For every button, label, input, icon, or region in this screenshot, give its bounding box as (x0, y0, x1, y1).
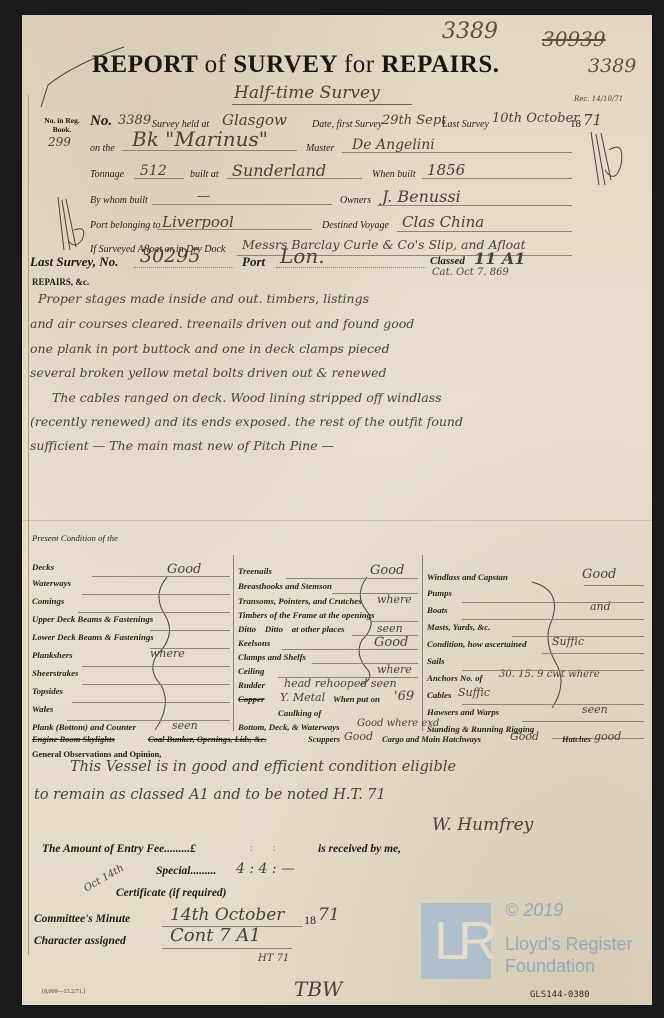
built-at-label: built at (190, 169, 219, 180)
destined-voyage-value: Clas China (402, 213, 484, 231)
reg-book-value: 299 (48, 135, 71, 149)
condition-heading: Present Condition of the (32, 533, 118, 543)
pumps-label: Pumps (427, 588, 452, 598)
ditto-label: Ditto Ditto at other places (238, 624, 345, 634)
keelsons-label: Keelsons (238, 638, 270, 648)
repair-line: (recently renewed) and its ends exposed.… (30, 410, 463, 435)
on-the-label: on the (90, 143, 115, 154)
upper-deck-beams-label: Upper Deck Beams & Fastenings (32, 614, 153, 624)
owners-value: J. Benussi (382, 187, 461, 206)
when-put-on-label: When put on (333, 694, 380, 704)
repairs-label: REPAIRS, &c. (32, 277, 89, 287)
cables-value: Suffic (458, 686, 490, 699)
no-value: 3389 (118, 113, 151, 128)
classed-label: Classed (430, 255, 465, 267)
repair-line: and air courses cleared. treenails drive… (30, 312, 414, 337)
cables-label: Cables (427, 690, 451, 700)
committee-initials: TBW (294, 977, 343, 1001)
committee-year-suffix: 71 (318, 905, 340, 925)
by-whom-built-label: By whom built (90, 195, 148, 206)
last-survey-label: Last Survey, No. (30, 254, 118, 270)
hatchways-label: Cargo and Main Hatchways (382, 734, 481, 744)
tonnage-label: Tonnage (90, 169, 124, 180)
repair-line: The cables ranged on deck. Wood lining s… (52, 386, 442, 411)
classed-value: 11 A1 (474, 249, 525, 268)
plank-bottom-label: Plank (Bottom) and Counter (32, 722, 136, 732)
last-survey-date-label: Last Survey (442, 119, 489, 130)
copper-value: Y. Metal (280, 691, 325, 704)
boats-label: Boats (427, 605, 448, 615)
corner-number-right: 3389 (588, 55, 636, 77)
opinion-line: to remain as classed A1 and to be noted … (34, 787, 386, 803)
tonnage-value: 512 (140, 163, 167, 179)
treenails-label: Treenails (238, 566, 272, 576)
character-note: HT 71 (258, 953, 289, 964)
print-code: [8,000—13.2/71.] (42, 989, 85, 995)
masts-yards-label: Masts, Yards, &c. (427, 622, 490, 632)
margin-initials-right-icon (587, 130, 627, 190)
opinion-line: This Vessel is in good and efficient con… (70, 759, 456, 775)
fee-separators: : : (250, 843, 276, 854)
subtitle-half-time-survey: Half-time Survey (234, 83, 380, 103)
transoms-value: where (377, 593, 412, 606)
windlass-value: Good (582, 567, 616, 582)
repair-line: sufficient — The main mast new of Pitch … (30, 434, 334, 459)
breasthooks-label: Breasthooks and Stemson (238, 581, 332, 591)
first-survey-value: 29th Sept (382, 113, 446, 128)
corner-number-crossed: 30939 (542, 27, 606, 51)
windlass-label: Windlass and Capstan (427, 572, 508, 582)
ceiling-value: where (377, 663, 412, 676)
plankshers-label: Plankshers (32, 650, 73, 660)
copper-label: Copper (238, 694, 264, 704)
page-title: REPORT of SURVEY for REPAIRS. (92, 51, 499, 79)
ceiling-label: Ceiling (238, 666, 264, 676)
received-by-label: is received by me, (318, 843, 401, 855)
owners-label: Owners (340, 195, 371, 206)
hatchways-value: Good (510, 730, 539, 743)
committee-year-prefix: 18 (304, 913, 316, 928)
anchors-label: Anchors No. of (427, 673, 482, 683)
transoms-label: Transoms, Pointers, and Crutches (238, 596, 362, 606)
received-note: Rec. 14/10/71 (574, 95, 623, 103)
sheerstrakes-label: Sheerstrakes (32, 668, 78, 678)
bottom-deck-waterways-label: Bottom, Deck, & Waterways (238, 722, 340, 732)
last-survey-number: 30295 (140, 245, 200, 267)
wales-label: Wales (32, 704, 53, 714)
committee-minute-label: Committee's Minute (34, 913, 130, 925)
sails-label: Sails (427, 656, 445, 666)
year-prefix: 18 (570, 118, 581, 130)
when-built-value: 1856 (427, 161, 465, 179)
master-label: Master (306, 143, 334, 154)
hatches-label: Hatches (562, 734, 591, 744)
scuppers-label: Scuppers (308, 734, 340, 744)
rudder-label: Rudder (238, 680, 265, 690)
repair-line: Proper stages made inside and out. timbe… (38, 287, 369, 312)
last-survey-date-value: 10th October (492, 111, 580, 126)
port-label: Port (242, 254, 265, 270)
no-label: No. (90, 113, 112, 130)
engine-room-label: Engine Room Skylights (32, 734, 115, 744)
decks-label: Decks (32, 562, 54, 572)
special-label: Special......... (156, 865, 216, 877)
scuppers-value: Good (344, 730, 373, 743)
watermark-copyright: © 2019 (505, 900, 563, 921)
character-assigned-value: Cont 7 A1 (170, 925, 261, 946)
watermark-org-line2: Foundation (505, 956, 595, 977)
port-value: Lon. (280, 244, 325, 268)
margin-initials-icon (54, 195, 90, 255)
ditto-brace-col3-icon (522, 580, 572, 710)
hatches-value: good (594, 730, 621, 743)
special-value: 4 : 4 : — (236, 861, 295, 877)
by-whom-built-value: — (197, 189, 210, 204)
watermark-org-line1: Lloyd's Register (505, 934, 633, 955)
waterways-label: Waterways (32, 578, 71, 588)
character-assigned-label: Character assigned (34, 935, 126, 947)
survey-document: 3389 30939 3389 REPORT of SURVEY for REP… (22, 15, 652, 1005)
destined-voyage-label: Destined Voyage (322, 220, 389, 231)
lr-logo: LR (421, 903, 491, 979)
port-belonging-label: Port belonging to (90, 220, 161, 231)
certificate-label: Certificate (if required) (116, 887, 227, 899)
ship-name-value: Bk "Marinus" (132, 127, 268, 151)
lower-deck-beams-label: Lower Deck Beams & Fastenings (32, 632, 154, 642)
topsides-label: Topsides (32, 686, 63, 696)
reg-book-label: No. in Reg. Book. (44, 116, 80, 134)
year-suffix: 71 (583, 111, 602, 129)
condition-ascertained-label: Condition, how ascertained (427, 639, 526, 649)
opinion-label: General Observations and Opinion, (32, 749, 161, 759)
comings-label: Comings (32, 596, 64, 606)
coal-bunker-label: Coal Bunker, Openings, Lids, &c. (148, 734, 267, 744)
ditto-brace-col1-icon (147, 575, 187, 735)
when-put-on-value: '69 (394, 689, 414, 704)
corner-number-top: 3389 (442, 19, 498, 44)
first-survey-label: Date, first Survey (312, 119, 382, 130)
repair-line: one plank in port buttock and one in dec… (30, 337, 390, 362)
caulking-label: Caulking of (278, 708, 321, 718)
clamps-shelfs-label: Clamps and Shelfs (238, 652, 306, 662)
lr-logo-text: LR (434, 913, 491, 969)
archive-reference: GLS144-0380 (530, 990, 590, 1000)
hawsers-label: Hawsers and Warps (427, 707, 499, 717)
ditto-brace-col2-icon (352, 575, 382, 685)
master-value: De Angelini (352, 137, 435, 153)
committee-minute-value: 14th October (170, 905, 284, 925)
classed-note: Cat. Oct 7. 869 (432, 267, 509, 278)
repair-line: several broken yellow metal bolts driven… (30, 361, 387, 386)
when-built-label: When built (372, 169, 416, 180)
surveyor-signature: W. Humfrey (432, 815, 533, 835)
entry-fee-label: The Amount of Entry Fee.........£ (42, 843, 196, 855)
